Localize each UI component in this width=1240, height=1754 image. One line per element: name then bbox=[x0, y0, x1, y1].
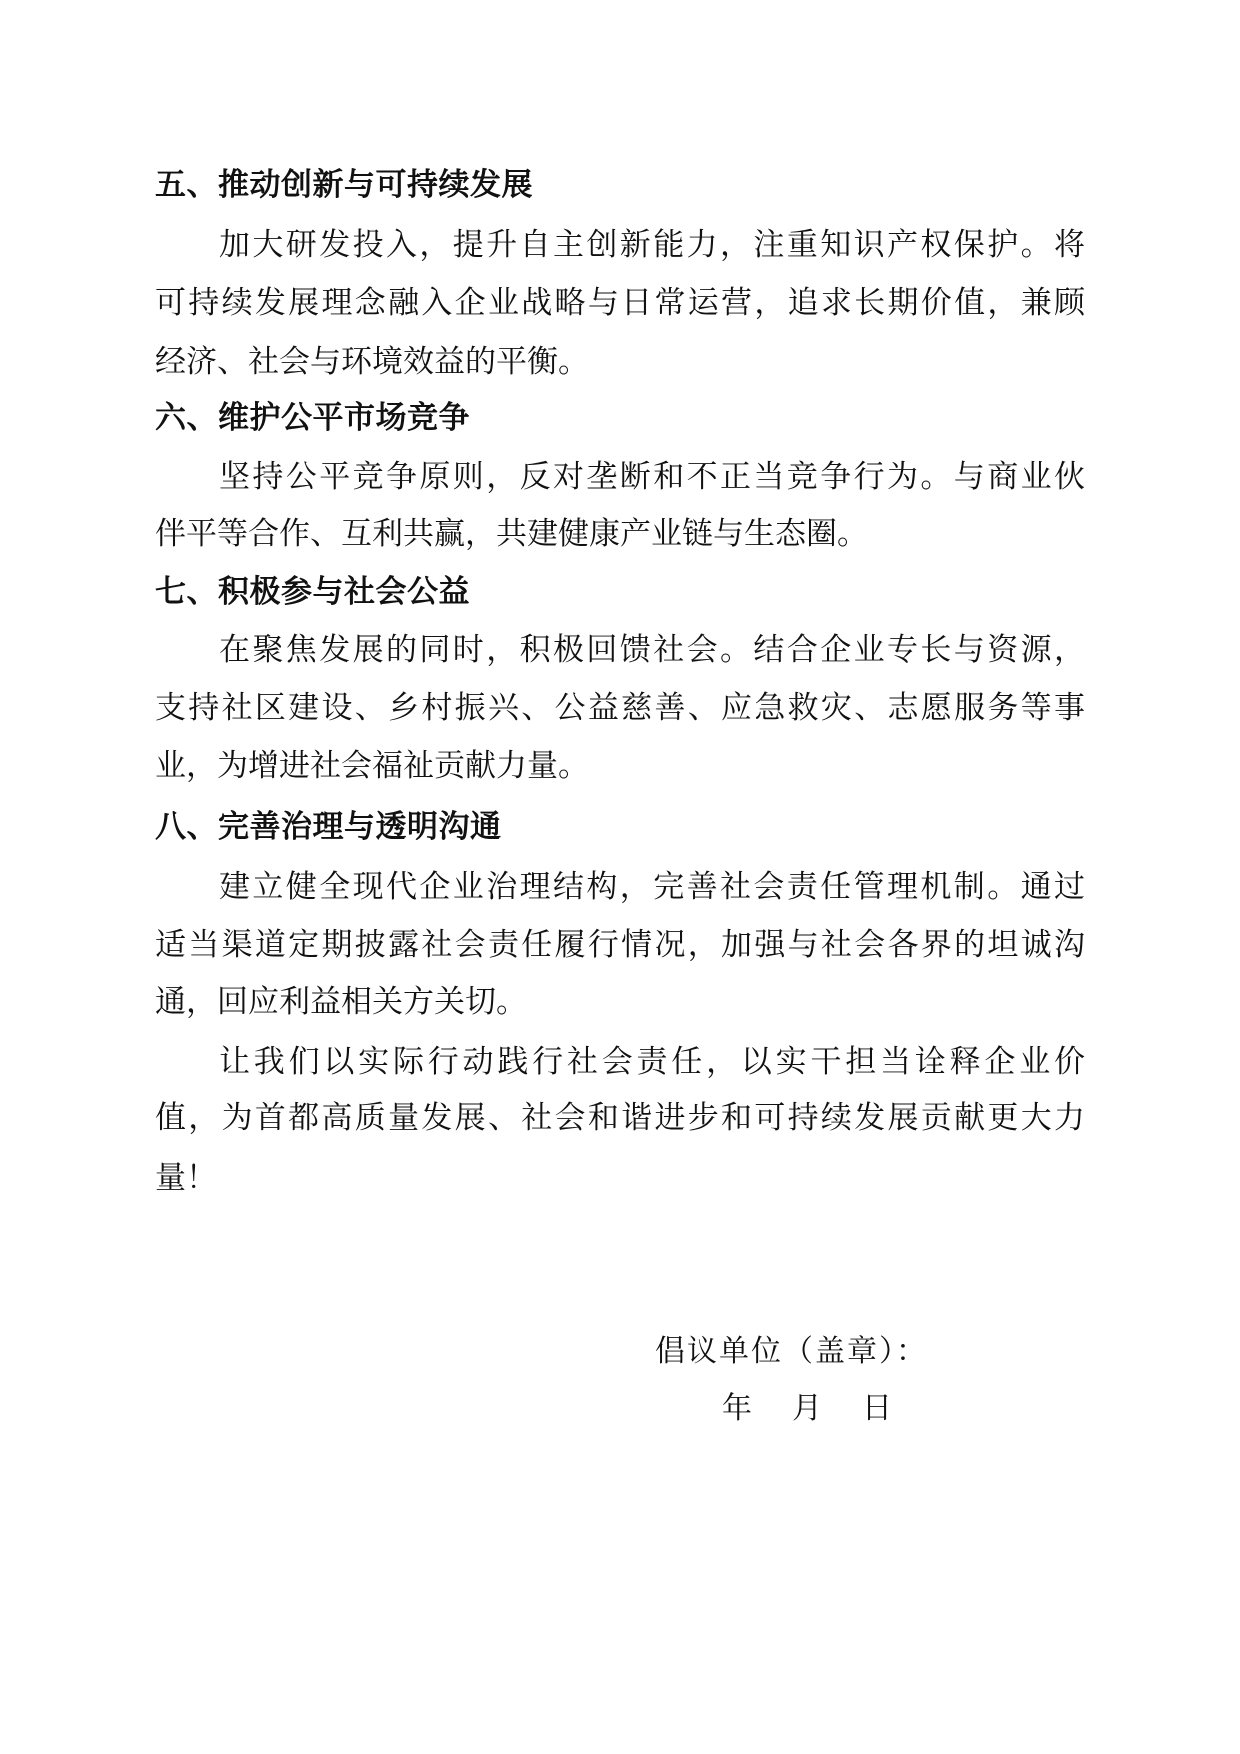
section-5-line-1: 加大研发投入，提升自主创新能力，注重知识产权保护。将 bbox=[155, 216, 1085, 274]
section-5-line-3: 经济、社会与环境效益的平衡。 bbox=[155, 333, 1085, 391]
signature-date: 年月日 bbox=[722, 1380, 932, 1438]
signature-label: 倡议单位（盖章）： bbox=[655, 1323, 928, 1381]
section-6-line-2: 伴平等合作、互利共赢，共建健康产业链与生态圈。 bbox=[155, 505, 1085, 563]
date-year: 年 bbox=[722, 1380, 792, 1438]
section-heading-7: 七、积极参与社会公益 bbox=[155, 563, 1085, 621]
section-8-line-2: 适当渠道定期披露社会责任履行情况，加强与社会各界的坦诚沟 bbox=[155, 916, 1085, 974]
date-day: 日 bbox=[862, 1380, 932, 1438]
section-heading-6: 六、维护公平市场竞争 bbox=[155, 389, 1085, 447]
closing-line-1: 让我们以实际行动践行社会责任，以实干担当诠释企业价 bbox=[155, 1033, 1085, 1091]
section-8-line-3: 通，回应利益相关方关切。 bbox=[155, 973, 1085, 1031]
section-5-line-2: 可持续发展理念融入企业战略与日常运营，追求长期价值，兼顾 bbox=[155, 274, 1085, 332]
closing-line-2: 值，为首都高质量发展、社会和谐进步和可持续发展贡献更大力 bbox=[155, 1089, 1085, 1147]
section-7-line-3: 业，为增进社会福祉贡献力量。 bbox=[155, 737, 1085, 795]
section-6-line-1: 坚持公平竞争原则，反对垄断和不正当竞争行为。与商业伙 bbox=[155, 448, 1085, 506]
date-month: 月 bbox=[792, 1380, 862, 1438]
section-7-line-1: 在聚焦发展的同时，积极回馈社会。结合企业专长与资源， bbox=[155, 621, 1085, 679]
section-heading-8: 八、完善治理与透明沟通 bbox=[155, 798, 1085, 856]
section-heading-5: 五、推动创新与可持续发展 bbox=[155, 156, 1085, 214]
section-8-line-1: 建立健全现代企业治理结构，完善社会责任管理机制。通过 bbox=[155, 858, 1085, 916]
closing-line-3: 量！ bbox=[155, 1149, 1085, 1207]
section-7-line-2: 支持社区建设、乡村振兴、公益慈善、应急救灾、志愿服务等事 bbox=[155, 679, 1085, 737]
